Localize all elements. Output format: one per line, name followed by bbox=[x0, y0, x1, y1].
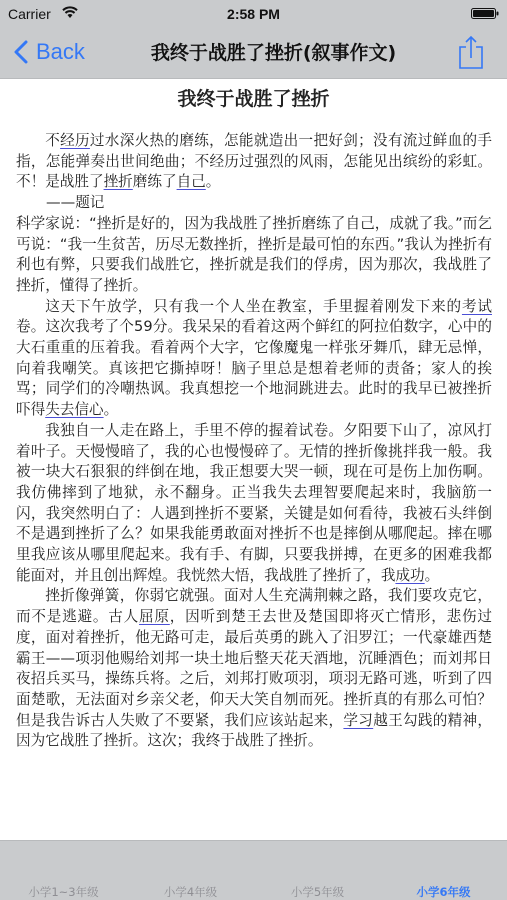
tab-grade-6[interactable]: 小学6年级 bbox=[380, 884, 507, 900]
share-icon[interactable] bbox=[457, 34, 485, 70]
status-bar: Carrier 2:58 PM bbox=[0, 0, 507, 28]
link-word[interactable]: 屈原 bbox=[139, 608, 170, 625]
chevron-left-icon bbox=[14, 40, 28, 64]
back-label: Back bbox=[36, 39, 85, 65]
link-word[interactable]: 学习 bbox=[343, 712, 373, 729]
tab-grade-4[interactable]: 小学4年级 bbox=[127, 884, 254, 900]
tab-bar: 小学1~3年级 小学4年级 小学5年级 小学6年级 bbox=[0, 840, 507, 900]
nav-title: 我终于战胜了挫折(叙事作文) bbox=[110, 38, 437, 65]
link-word[interactable]: 经历 bbox=[60, 132, 90, 149]
paragraph: 我独自一人走在路上，手里不停的握着试卷。夕阳要下山了，凉风打着叶子。天慢慢暗了，… bbox=[16, 421, 492, 587]
back-button[interactable]: Back bbox=[14, 36, 85, 68]
link-word[interactable]: 自己 bbox=[177, 173, 206, 190]
link-word[interactable]: 失去信心 bbox=[45, 401, 103, 418]
article-body: 不经历过水深火热的磨练，怎能就造出一把好剑；没有流过鲜血的手指，怎能弹奏出世间绝… bbox=[0, 131, 507, 752]
clock: 2:58 PM bbox=[0, 6, 507, 22]
link-word[interactable]: 成功 bbox=[395, 567, 424, 584]
epigraph-signature: ——题记 bbox=[16, 193, 492, 214]
paragraph: 挫折像弹簧，你弱它就强。面对人生充满荆棘之路，我们要攻克它，而不是逃避。古人屈原… bbox=[16, 586, 492, 752]
battery-icon bbox=[471, 8, 499, 19]
tab-grade-1-3[interactable]: 小学1~3年级 bbox=[0, 884, 127, 900]
paragraph-intro: 不经历过水深火热的磨练，怎能就造出一把好剑；没有流过鲜血的手指，怎能弹奏出世间绝… bbox=[16, 131, 492, 193]
article-title: 我终于战胜了挫折 bbox=[0, 84, 507, 114]
paragraph: 这天下午放学，只有我一个人坐在教室，手里握着刚发下来的考试卷。这次我考了个59分… bbox=[16, 297, 492, 421]
article-view[interactable]: 我终于战胜了挫折 不经历过水深火热的磨练，怎能就造出一把好剑；没有流过鲜血的手指… bbox=[0, 79, 507, 840]
paragraph: 科学家说：“挫折是好的，因为我战胜了挫折磨练了自己，成就了我。”而乞丐说：“我一… bbox=[16, 214, 492, 297]
top-bar: Carrier 2:58 PM Back 我终于战胜了挫折(叙事作文) bbox=[0, 0, 507, 79]
tab-grade-5[interactable]: 小学5年级 bbox=[254, 884, 381, 900]
link-word[interactable]: 挫折 bbox=[104, 173, 133, 190]
link-word[interactable]: 考试 bbox=[462, 298, 492, 315]
navigation-bar: Back 我终于战胜了挫折(叙事作文) bbox=[0, 28, 507, 78]
